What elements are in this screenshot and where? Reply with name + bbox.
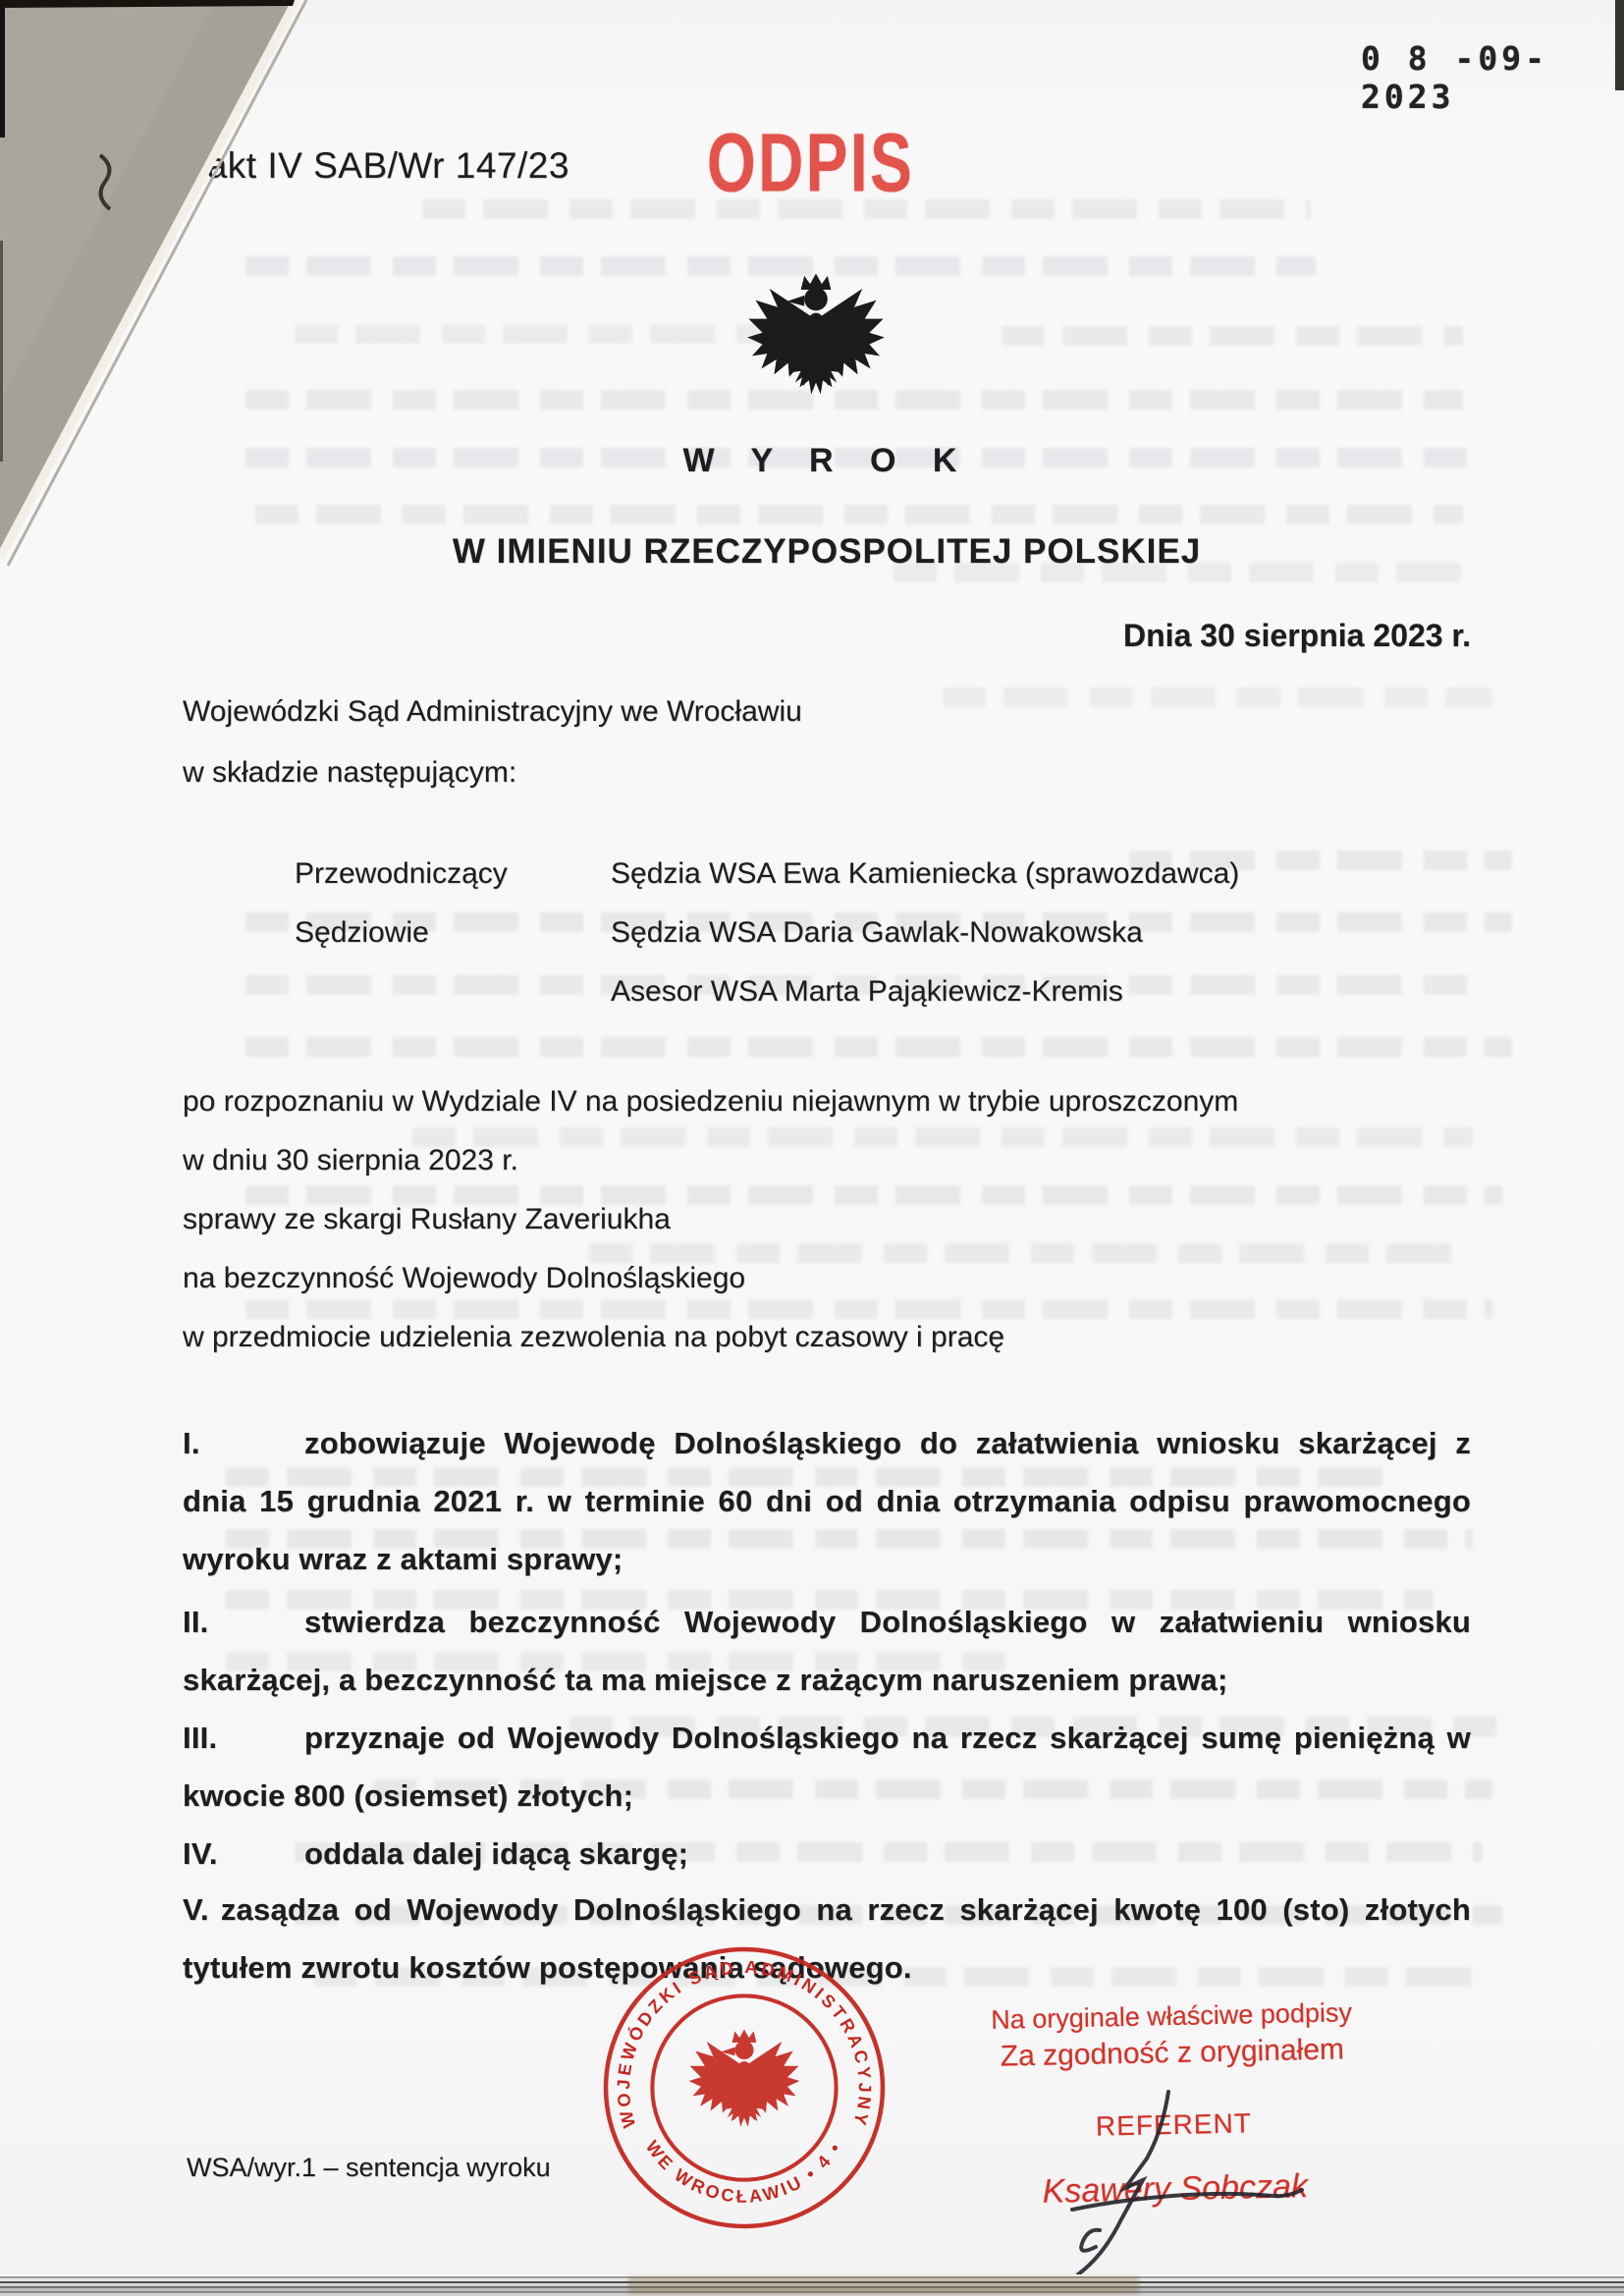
verdict-item-3: III.przyznaje od Wojewody Dolnośląskiego… (183, 1709, 1471, 1825)
panel-row-presiding: PrzewodniczącySędzia WSA Ewa Kamieniecka… (295, 845, 1239, 903)
verdict-item-2: II.stwierdza bezczynność Wojewody Dolnoś… (183, 1593, 1471, 1709)
bleedthrough-line (245, 1037, 1512, 1057)
panel-person: Sędzia WSA Ewa Kamieniecka (sprawozdawca… (611, 857, 1239, 890)
form-code: WSA/wyr.1 – sentencja wyroku (187, 2153, 551, 2183)
case-line: w dniu 30 sierpnia 2023 r. (183, 1131, 1238, 1190)
judgment-date-line: Dnia 30 sierpnia 2023 r. (183, 618, 1471, 654)
court-round-seal: WOJEWÓDZKI SĄD ADMINISTRACYJNY WE WROCŁA… (601, 1944, 888, 2231)
seal-eagle (689, 2029, 800, 2126)
verdict-text: oddala dalej idącą skargę; (304, 1836, 688, 1871)
case-line: po rozpoznaniu w Wydziale IV na posiedze… (183, 1072, 1238, 1131)
verdict-text: przyznaje od Wojewody Dolnośląskiego na … (183, 1721, 1471, 1813)
received-date-stamp: 0 8 -09- 2023 (1361, 39, 1624, 116)
judgment-subtitle: W IMIENIU RZECZYPOSPOLITEJ POLSKIEJ (183, 532, 1471, 572)
panel-role: Przewodniczący (295, 845, 611, 903)
odpis-stamp: ODPIS (707, 116, 914, 211)
bleedthrough-line (255, 505, 1463, 524)
composition-intro: w składzie następującym: (183, 756, 516, 790)
certification-line: Za zgodność z oryginałem (961, 2033, 1384, 2075)
judgment-title: W Y R O K (183, 442, 1471, 480)
case-line: w przedmiocie udzielenia zezwolenia na p… (183, 1308, 1238, 1367)
bleedthrough-line (295, 324, 805, 344)
bleedthrough-line (943, 687, 1492, 707)
judging-panel: PrzewodniczącySędzia WSA Ewa Kamieniecka… (295, 845, 1239, 1021)
court-name: Wojewódzki Sąd Administracyjny we Wrocła… (183, 695, 802, 729)
polish-eagle-emblem (746, 267, 886, 426)
case-description: po rozpoznaniu w Wydziale IV na posiedze… (183, 1072, 1238, 1367)
handwritten-signature (1021, 2082, 1316, 2288)
verdict-number: III. (183, 1709, 304, 1767)
panel-person: Asesor WSA Marta Pająkiewicz-Kremis (611, 975, 1123, 1008)
certification-line: Na oryginale właściwe podpisy (960, 1997, 1383, 2037)
case-line: na bezczynność Wojewody Dolnośląskiego (183, 1249, 1238, 1308)
panel-row-assessor: Asesor WSA Marta Pająkiewicz-Kremis (295, 962, 1239, 1021)
verdict-item-4: IV.oddala dalej idącą skargę; (183, 1825, 1471, 1883)
panel-row-judges: SędziowieSędzia WSA Daria Gawlak-Nowakow… (295, 903, 1239, 962)
panel-person: Sędzia WSA Daria Gawlak-Nowakowska (611, 916, 1143, 949)
verdict-number: I. (183, 1414, 304, 1472)
panel-role: Sędziowie (295, 903, 611, 962)
verdict-number: V. (183, 1892, 209, 1927)
verdict-number: IV. (183, 1825, 304, 1883)
verdict-item-1: I.zobowiązuje Wojewodę Dolnośląskiego do… (183, 1414, 1471, 1588)
bleedthrough-line (1001, 326, 1463, 346)
verdict-text: stwierdza bezczynność Wojewody Dolnośląs… (183, 1605, 1471, 1697)
verdict-text: zobowiązuje Wojewodę Dolnośląskiego do z… (183, 1426, 1471, 1576)
verdict-number: II. (183, 1593, 304, 1651)
scanned-court-judgment-page: 0 8 -09- 2023 ygn. akt IV SAB/Wr 147/23 … (0, 0, 1624, 2296)
case-line: sprawy ze skargi Rusłany Zaveriukha (183, 1190, 1238, 1249)
scan-edge-artifact (1615, 0, 1624, 90)
scan-bottom-tint (628, 2276, 1139, 2294)
folded-page-corner (0, 0, 324, 589)
